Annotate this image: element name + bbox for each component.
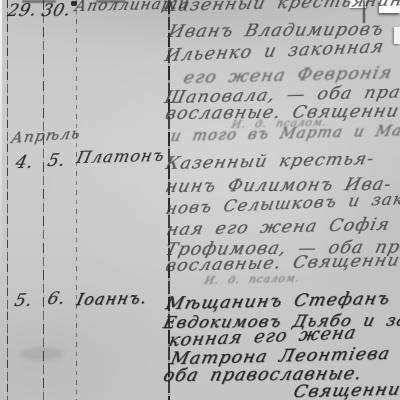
column-rule-left — [7, 0, 8, 400]
born-day: 4. — [14, 153, 36, 173]
scan-page: 29. 30. Аполлинарій Казенный крестьянинъ… — [0, 0, 400, 400]
record-line-note: И. д. псалом. — [203, 272, 301, 287]
record-line: Казенный крестья- — [164, 149, 377, 174]
record-line: ная его жена Софія — [165, 215, 393, 240]
ink-smudge — [20, 347, 64, 360]
column-rule-name — [76, 0, 77, 400]
record-line: Священни — [292, 379, 400, 400]
baptized-day: 5. — [46, 151, 68, 171]
born-day: 29. — [6, 0, 39, 21]
scan-edge-highlight — [0, 0, 2, 280]
scan-artifact-notch — [394, 27, 400, 44]
record-line: и того въ Марта и Мая — [169, 121, 400, 145]
born-day: 5. — [13, 291, 35, 311]
column-rule-birth-baptism — [43, 0, 44, 400]
child-name: Платонъ — [75, 146, 167, 167]
baptized-day: 30. — [40, 0, 73, 21]
child-name: Іоаннъ. — [75, 288, 150, 309]
baptized-day: 6. — [46, 289, 68, 309]
month-label: Апрѣль — [10, 124, 82, 147]
